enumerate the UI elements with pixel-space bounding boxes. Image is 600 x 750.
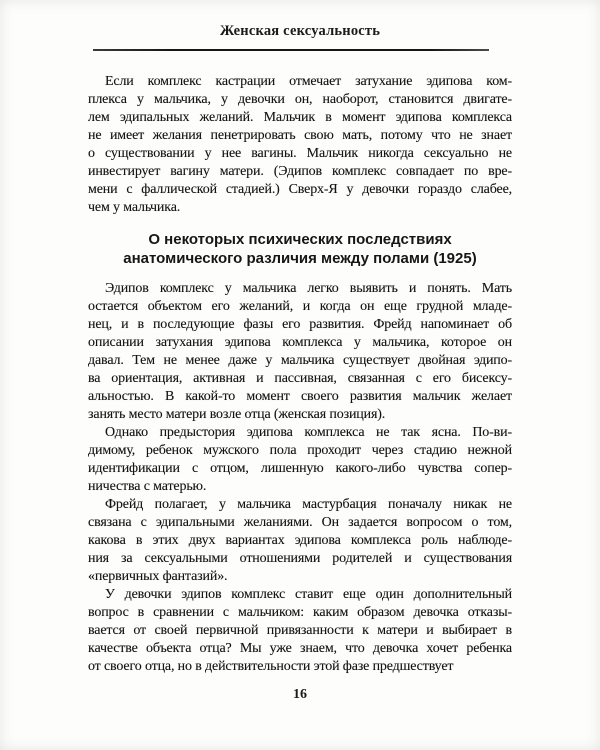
text-line: У девочки эдипов комплекс ставит еще оди… [88,586,512,604]
paragraph: Фрейд полагает, у мальчика мастурбация п… [88,496,512,586]
text-line: связана с эдипальными желаниями. Он зада… [88,514,512,532]
text-line: плекса у мальчика, у девочки он, наоборо… [88,91,512,109]
text-line: Однако предыстория эдипова комплекса не … [88,424,512,442]
paragraph: Эдипов комплекс у мальчика легко выявить… [88,280,512,424]
section-heading: О некоторых психических последствиях ана… [88,230,512,268]
text-line: вопрос в сравнении с мальчиком: каким об… [88,604,512,622]
text-line: мени с фаллической стадией.) Сверх-Я у д… [88,181,512,199]
text-line: Эдипов комплекс у мальчика легко выявить… [88,280,512,298]
text-line: качестве объекта отца? Мы уже знаем, что… [88,640,512,658]
section-heading-line: О некоторых психических последствиях [88,230,512,249]
text-line: от своего отца, но в действительности эт… [88,658,512,676]
text-line: лем эдипальных желаний. Мальчик в момент… [88,109,512,127]
text-line: чем у мальчика. [88,199,512,217]
section-heading-line: анатомического различия между полами (19… [88,249,512,268]
text-line: какова в этих двух вариантах эдипова ком… [88,532,512,550]
running-head: Женская сексуальность [0,23,600,40]
text-line: вается от своей первичной привязанности … [88,622,512,640]
text-line: ничества с матерью. [88,478,512,496]
text-line: занять место матери возле отца (женская … [88,406,512,424]
paragraph: У девочки эдипов комплекс ставит еще оди… [88,586,512,676]
text-line: «первичных фантазий». [88,568,512,586]
body-text: Если комплекс кастрации отмечает затухан… [88,73,512,676]
text-line: димому, ребенок мужского пола проходит ч… [88,442,512,460]
page-number: 16 [0,687,600,703]
text-line: Фрейд полагает, у мальчика мастурбация п… [88,496,512,514]
text-line: нец, и в последующие фазы его развития. … [88,316,512,334]
text-line: ва ориентация, активная и пассивная, свя… [88,370,512,388]
text-line: не имеет желания пенетрировать свою мать… [88,127,512,145]
text-line: давал. Тем не менее даже у мальчика суще… [88,352,512,370]
paragraph: Если комплекс кастрации отмечает затухан… [88,73,512,217]
text-line: ния за сексуальными отношениями родителе… [88,550,512,568]
book-page: Женская сексуальность Если комплекс каст… [0,0,600,750]
text-line: инвестирует вагину матери. (Эдипов компл… [88,163,512,181]
header-rule [93,49,489,51]
text-line: Если комплекс кастрации отмечает затухан… [88,73,512,91]
paragraph: Однако предыстория эдипова комплекса не … [88,424,512,496]
text-line: идентификации с отцом, лишенную какого-л… [88,460,512,478]
text-line: о существовании у нее вагины. Мальчик ни… [88,145,512,163]
text-line: остается объектом его желаний, и когда о… [88,298,512,316]
text-line: описании затухания эдипова комплекса у м… [88,334,512,352]
text-line: альностью. В какой-то момент своего разв… [88,388,512,406]
